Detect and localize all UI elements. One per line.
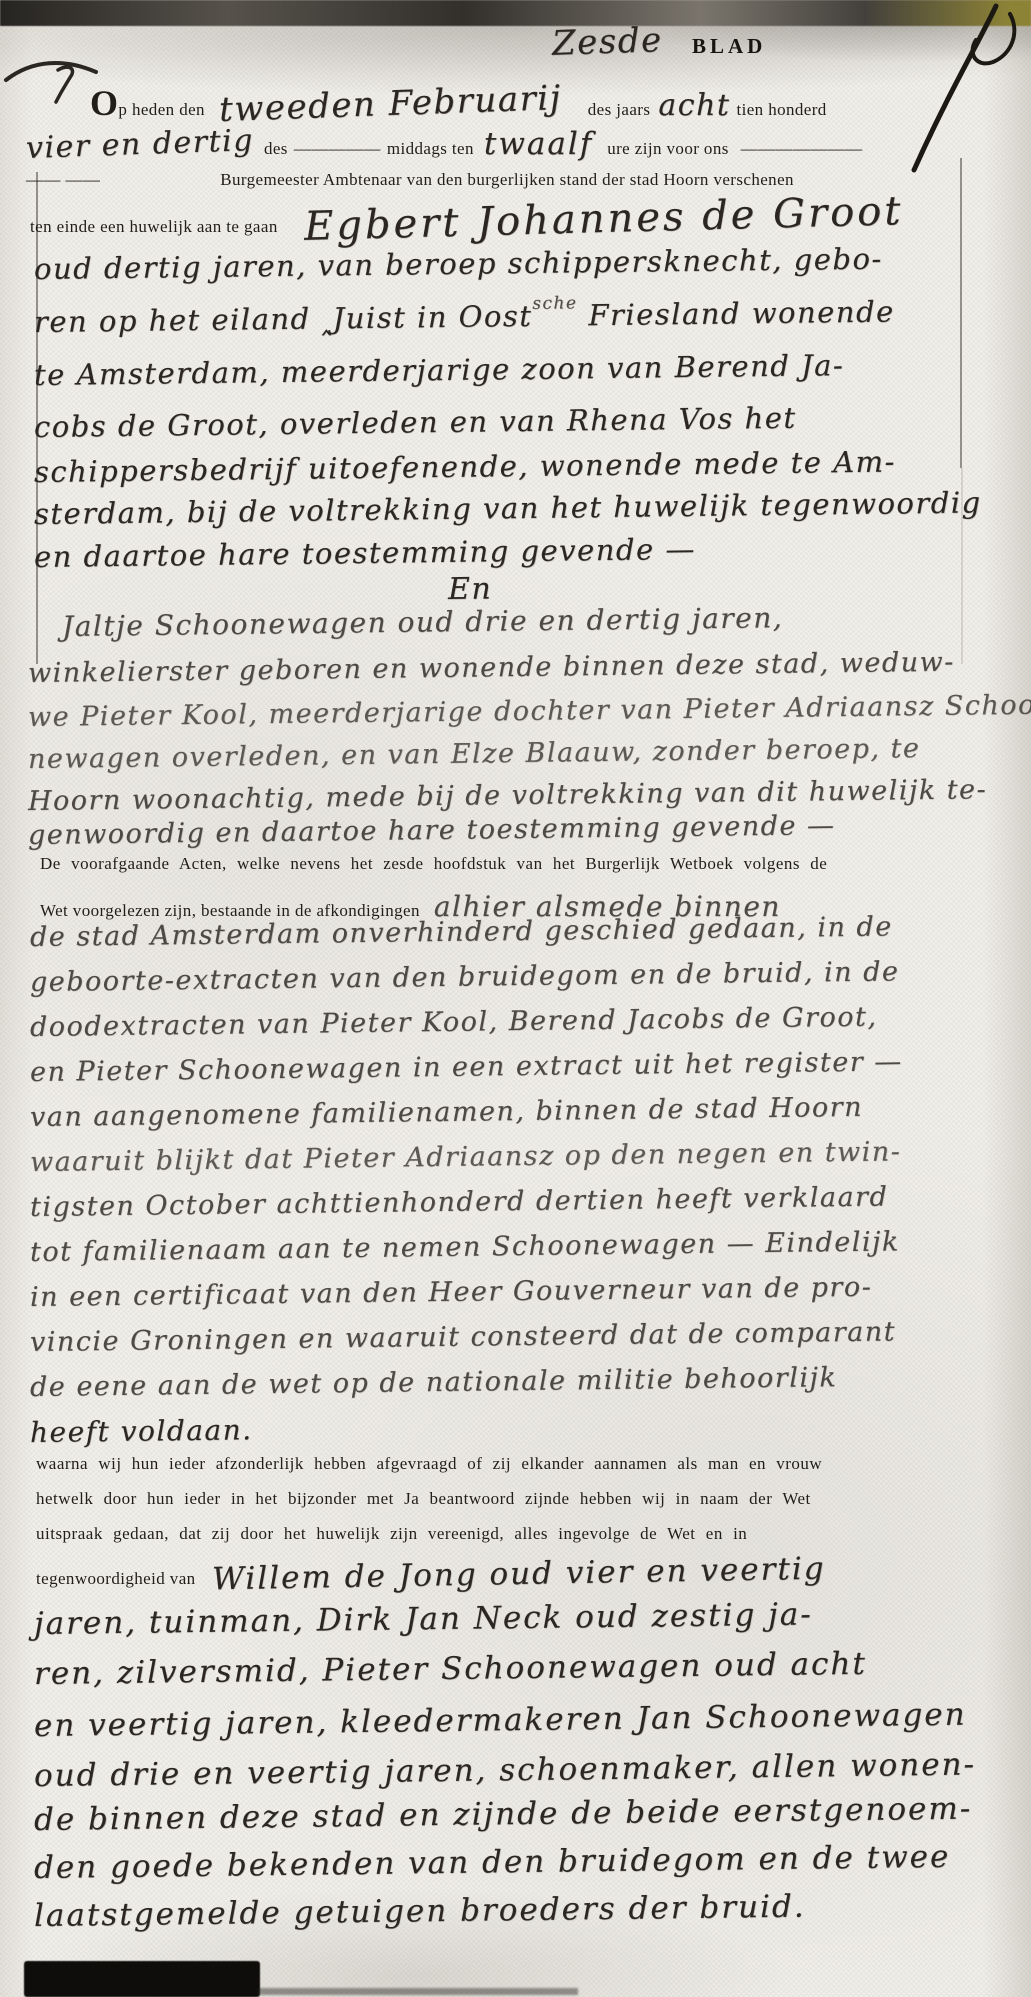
printed-ure-zijn-voor-ons: ure zijn voor ons	[607, 139, 729, 159]
printed-year: tien honderd	[736, 100, 826, 120]
acts-line: doodextracten van Pieter Kool, Berend Ja…	[30, 1002, 878, 1043]
groom-line-2-superscript: sche	[532, 293, 578, 314]
margin-tick-icon	[44, 62, 84, 108]
scan-edge-bottom	[24, 1961, 260, 1997]
acts-final-line: heeft voldaan.	[30, 1413, 253, 1449]
witness-line: laatstgemelde getuigen broeders der brui…	[34, 1889, 806, 1934]
printed-dash-short: —————	[294, 139, 381, 159]
printed-middags-ten: middags ten	[387, 139, 474, 159]
printed-dash-long: ———————	[741, 139, 863, 159]
hw-witness-inline: Willem de Jong oud vier en veertig	[211, 1551, 825, 1598]
bride-line: Jaltje Schoonewagen oud drie en dertig j…	[62, 601, 784, 643]
closing-printed-line: waarna wij hun ieder afzonderlijk hebben…	[36, 1454, 822, 1474]
acts-line: en Pieter Schoonewagen in een extract ui…	[30, 1046, 903, 1088]
groom-line: te Amsterdam, meerderjarige zoon van Ber…	[34, 348, 845, 392]
groom-line: ren op het eiland ‸Juist in Oostsche Fri…	[34, 294, 895, 339]
printed-des-jaars: des jaars	[588, 100, 651, 120]
right-margin-rule	[960, 158, 962, 468]
acts-line: vincie Groningen en waaruit consteerd da…	[30, 1316, 896, 1358]
hw-year-prefix: acht	[658, 88, 730, 123]
hw-hour: twaalf	[484, 126, 593, 162]
witness-line: den goede bekenden van den bruidegom en …	[34, 1839, 951, 1886]
groom-line: cobs de Groot, overleden en van Rhena Vo…	[34, 401, 797, 444]
acts-line: van aangenomene familienamen, binnen de …	[30, 1092, 863, 1133]
groom-line: sterdam, bij de voltrekking van het huwe…	[34, 485, 982, 531]
witness-line: jaren, tuinman, Dirk Jan Neck oud zestig…	[34, 1596, 813, 1642]
hw-year-suffix: vier en dertig	[25, 123, 254, 166]
page-number-word: Zesde	[551, 20, 663, 64]
acts-line: geboorte-extracten van den bruidegom en …	[30, 956, 900, 998]
groom-line: oud dertig jaren, van beroep schipperskn…	[34, 242, 883, 286]
printed-purpose-line: ten einde een huwelijk aan te gaan	[30, 217, 278, 237]
acts-line: tot familienaam aan te nemen Schoonewage…	[30, 1226, 900, 1268]
opening-line-3: —— —— Burgemeester Ambtenaar van den bur…	[26, 170, 794, 190]
printed-official-line: Burgemeester Ambtenaar van den burgerlij…	[220, 170, 794, 190]
acts-line: waaruit blijkt dat Pieter Adriaansz op d…	[30, 1136, 902, 1178]
acts-printed-line-1: De voorafgaande Acten, welke nevens het …	[40, 854, 827, 874]
page-label-blad: BLAD	[692, 34, 766, 59]
bride-line: winkelierster geboren en wonende binnen …	[28, 647, 955, 689]
groom-line: en daartoe hare toestemming gevende —	[34, 532, 696, 574]
groom-line-2-text: ren op het eiland ‸Juist in Oost	[34, 299, 533, 339]
hw-groom-name: Egbert Johannes de Groot	[303, 188, 903, 250]
printed-des: des	[264, 139, 288, 159]
document-scan: Zesde BLAD Op heden den tweeden Februari…	[0, 0, 1031, 1997]
scan-edge-bottom-shadow	[258, 1988, 578, 1995]
acts-line: in een certificaat van den Heer Gouverne…	[30, 1272, 873, 1313]
acts-line: de eene aan de wet op de nationale milit…	[30, 1362, 838, 1403]
bride-line: we Pieter Kool, meerderjarige dochter va…	[28, 690, 1031, 733]
printed-op-heden-den: p heden den	[118, 100, 205, 120]
closing-printed-line-4: tegenwoordigheid van Willem de Jong oud …	[36, 1556, 825, 1592]
bride-line: Hoorn woonachtig, mede bij de voltrekkin…	[28, 774, 988, 817]
bride-line: genwoordig en daartoe hare toestemming g…	[28, 810, 836, 851]
opening-line-2: vier en dertig des ————— middags ten twa…	[26, 126, 863, 162]
groom-line-2-rest: Friesland wonende	[577, 294, 894, 332]
opening-line-1: Op heden den tweeden Februarij des jaars…	[90, 84, 827, 124]
bride-line: newagen overleden, en van Elze Blaauw, z…	[28, 733, 921, 775]
closing-printed-line: hetwelk door hun ieder in het bijzonder …	[36, 1489, 811, 1509]
witness-line: oud drie en veertig jaren, schoenmaker, …	[34, 1746, 976, 1794]
witness-line: ren, zilversmid, Pieter Schoonewagen oud…	[34, 1646, 867, 1692]
printed-tegenwoordigheid-van: tegenwoordigheid van	[36, 1569, 196, 1589]
conjunction-en: En	[448, 571, 493, 607]
opening-line-4: ten einde een huwelijk aan te gaan Egber…	[30, 196, 903, 242]
hw-marriage-date: tweeden Februarij	[218, 78, 562, 130]
acts-line: tigsten October achttienhonderd dertien …	[30, 1182, 889, 1223]
witness-line: en veertig jaren, kleedermakeren Jan Sch…	[34, 1697, 967, 1744]
groom-line: schippersbedrijf uitoefenende, wonende m…	[34, 444, 896, 489]
printed-dash-lead: —— ——	[26, 170, 100, 190]
closing-printed-line: uitspraak gedaan, dat zij door het huwel…	[36, 1524, 747, 1544]
witness-line: de binnen deze stad en zijnde de beide e…	[34, 1791, 973, 1838]
